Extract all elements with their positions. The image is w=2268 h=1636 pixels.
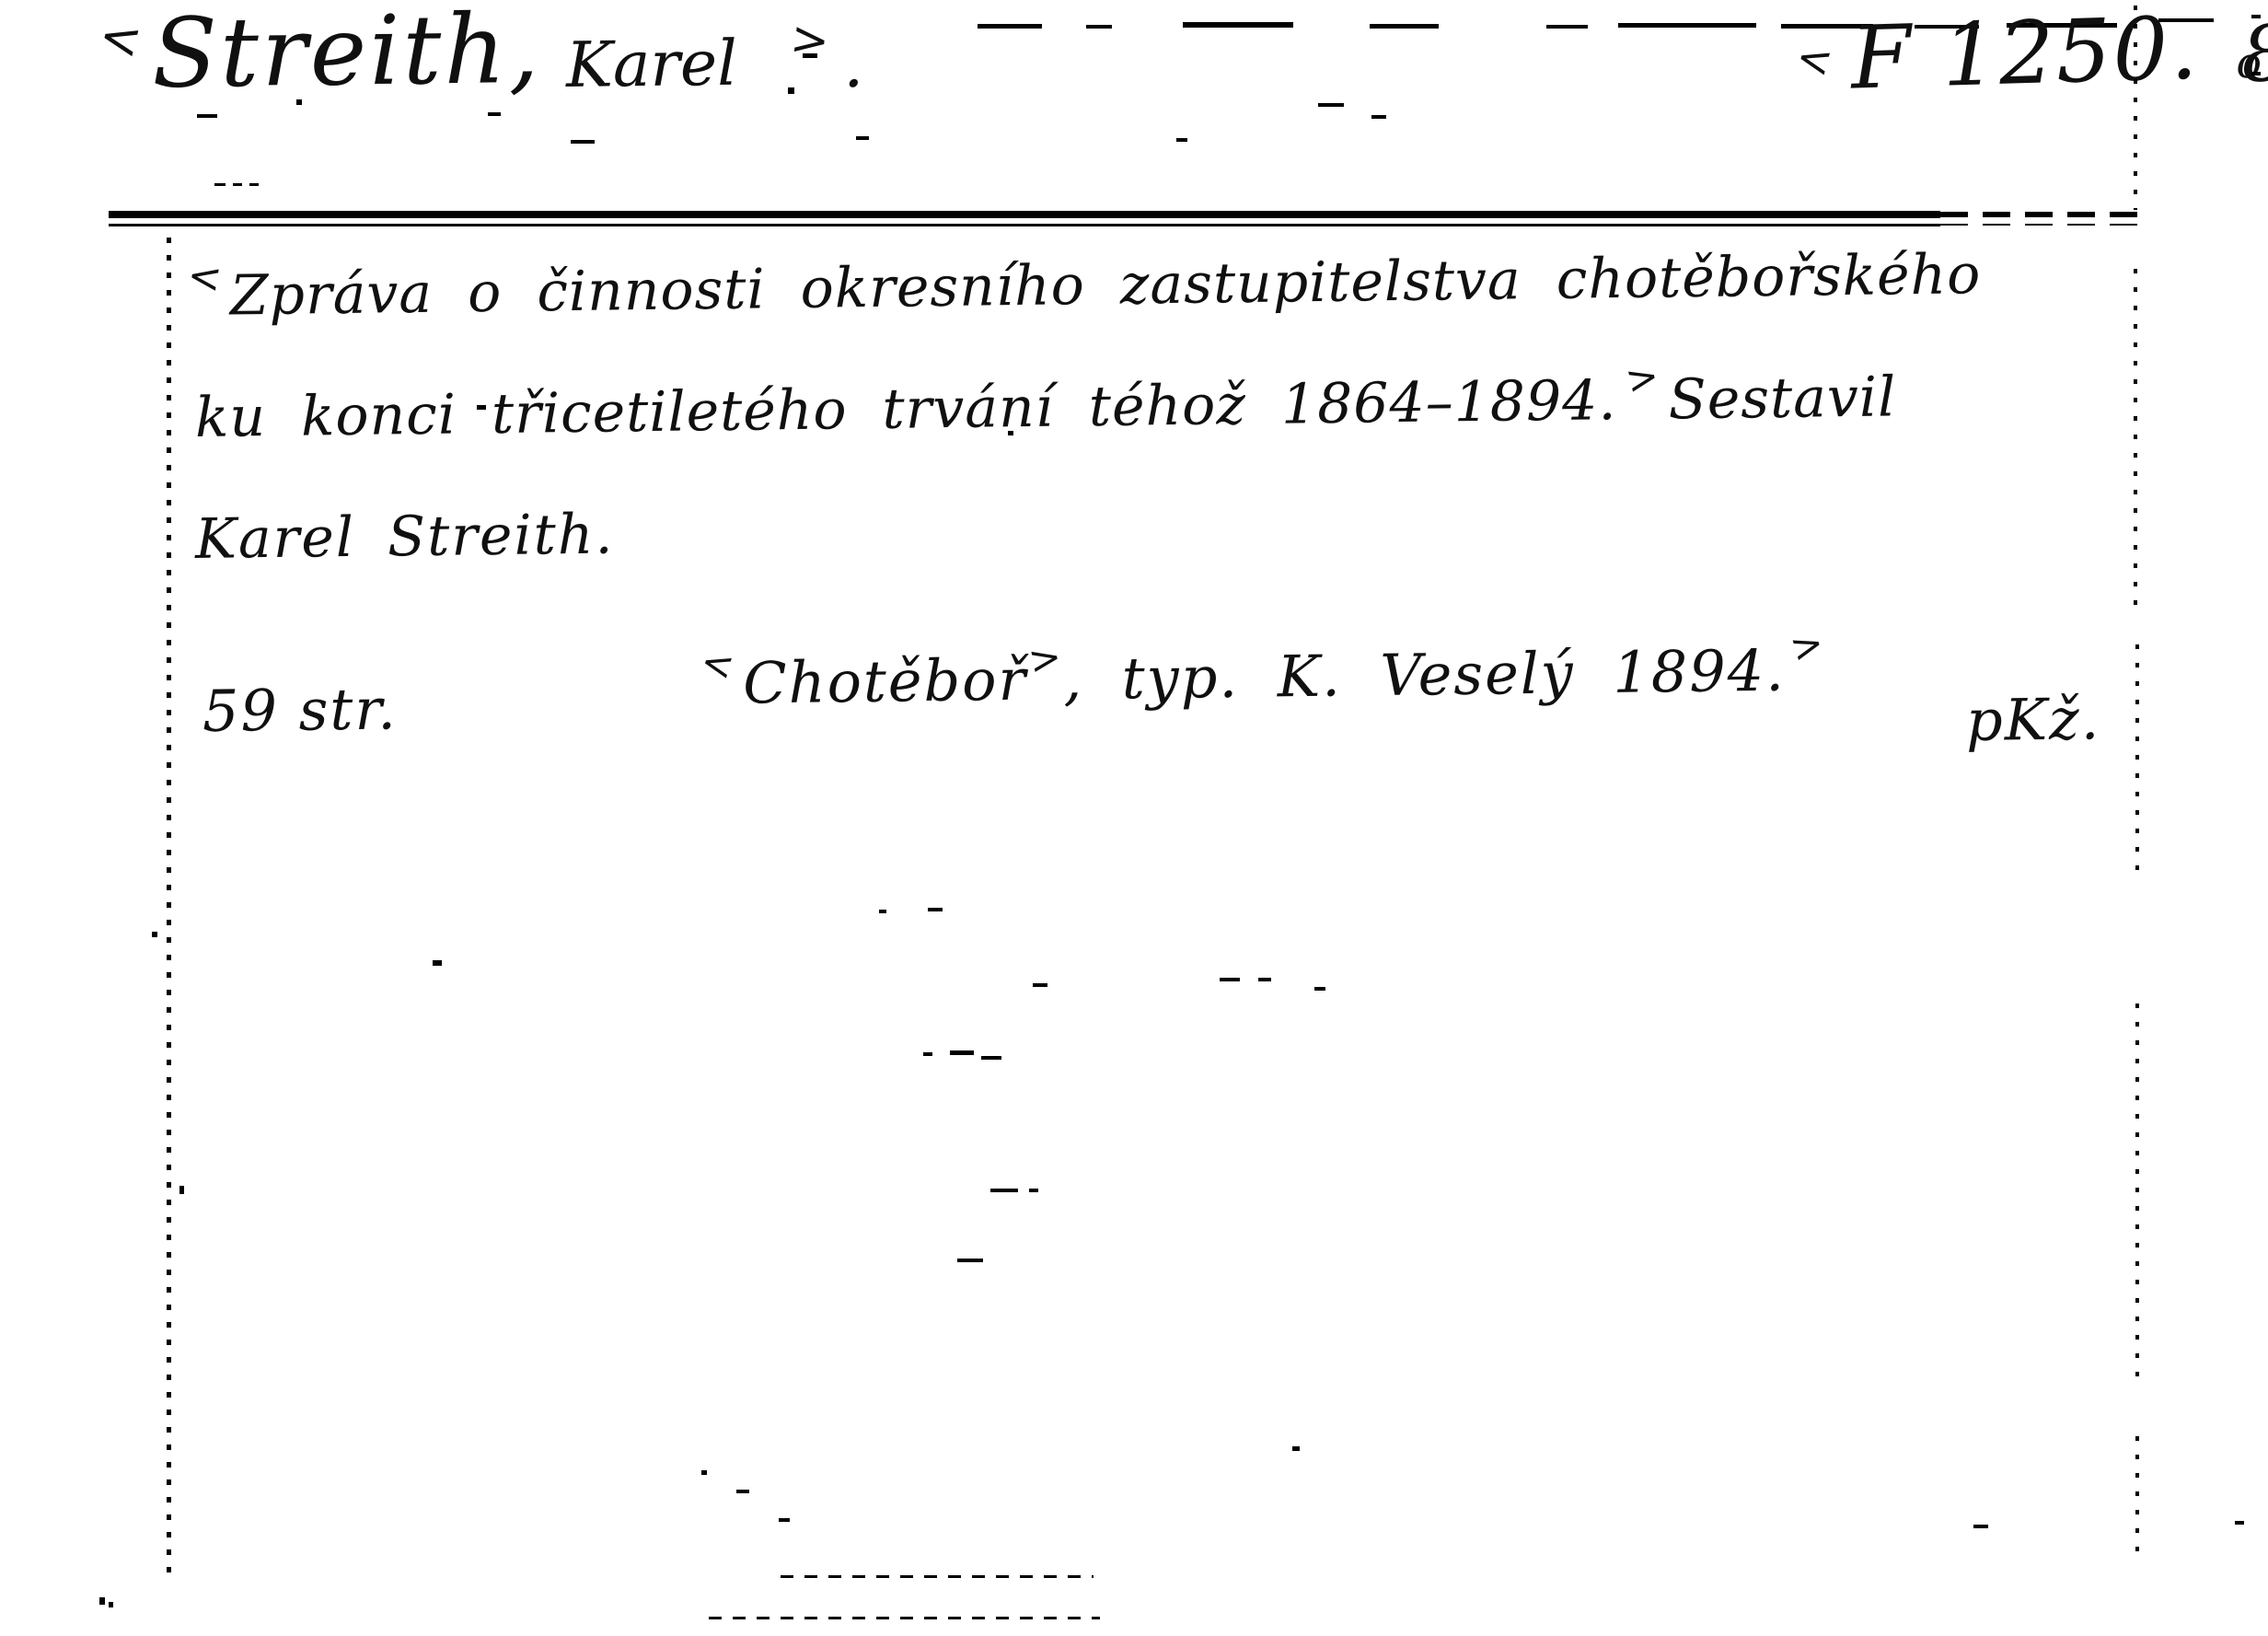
author-surname: Streith,: [152, 1, 543, 101]
title-line-3: Karel Streith.: [195, 506, 615, 567]
scan-noise: [571, 140, 595, 144]
top-border-fragment: [978, 24, 1042, 29]
heading-rule-top-extension: [1940, 212, 2150, 217]
scan-noise: [197, 114, 217, 118]
title-line-2: ku konci třicetiletého trvání téhož 1864…: [195, 369, 1897, 446]
imprint-place: Chotěboř: [743, 652, 1028, 713]
scan-noise: [109, 1602, 113, 1607]
scan-noise: [981, 1056, 1001, 1060]
heading-period: .: [843, 32, 864, 97]
annotation-caret-open: <: [94, 9, 146, 67]
right-dotted-border-segment: [2134, 6, 2137, 210]
scan-noise: [1033, 983, 1047, 987]
call-number-block: < F 1250. > 8 o: [1796, 8, 2268, 103]
right-dotted-border-segment: [2135, 1004, 2139, 1390]
title-text-3: Karel Streith.: [195, 502, 615, 572]
scan-noise: [923, 1052, 932, 1056]
author-given-name: Karel: [565, 33, 737, 98]
imprint-caret-open: <: [697, 642, 740, 688]
heading-rule-bottom: [109, 224, 1940, 226]
scan-noise: [1220, 978, 1240, 981]
title-text-1: Zpráva o činnosti okresního zastupitelst…: [229, 242, 1981, 328]
top-border-fragment: [1183, 22, 1293, 28]
title-text-2-tail: Sestavil: [1668, 365, 1896, 432]
scan-noise: [1176, 138, 1187, 142]
bottom-border-fragment: [709, 1617, 1100, 1619]
scan-noise: [99, 1597, 105, 1605]
scan-noise: [477, 405, 486, 410]
scan-noise: [179, 1186, 184, 1194]
scan-noise: [950, 1050, 974, 1055]
imprint-year-caret: >: [1786, 622, 1830, 669]
scan-noise: [879, 910, 886, 913]
pagination-statement: 59 str.: [202, 680, 399, 740]
scan-noise: [1973, 1525, 1988, 1528]
format-sub-mark: o: [2235, 41, 2262, 85]
scan-noise: [990, 1189, 1018, 1192]
scan-noise: [1029, 1189, 1038, 1192]
scan-noise: [296, 99, 302, 105]
scan-noise: [856, 136, 869, 140]
left-dotted-border: [167, 238, 171, 1582]
scan-noise: [803, 53, 817, 58]
scan-noise: [928, 908, 943, 911]
scan-noise: [433, 960, 442, 966]
heading-rule-bottom-extension: [1940, 224, 2150, 226]
scan-noise: [2251, 15, 2261, 18]
scan-noise: [233, 183, 242, 186]
imprint-statement: < Chotěboř > , typ. K. Veselý 1894. >: [701, 642, 1826, 713]
scan-noise: [779, 1518, 790, 1522]
scan-noise: [1371, 115, 1386, 119]
call-caret-open: <: [1792, 34, 1837, 84]
top-border-fragment: [1370, 24, 1439, 29]
title-caret-mid: >: [1622, 355, 1663, 400]
imprint-publisher-year: , typ. K. Veselý 1894.: [1063, 643, 1786, 709]
author-heading: < Streith, Karel > .: [99, 6, 864, 101]
imprint-caret-close: >: [1025, 636, 1066, 680]
scan-noise: [1258, 978, 1271, 981]
call-number: F 1250.: [1849, 6, 2200, 102]
scan-noise: [788, 87, 794, 94]
right-dotted-border-segment: [2135, 644, 2139, 884]
scan-noise: [488, 112, 501, 116]
scan-noise: [1314, 987, 1325, 991]
scan-noise: [1318, 103, 1344, 107]
right-dotted-border-segment: [2134, 269, 2137, 619]
top-border-fragment: [1546, 25, 1588, 29]
format-statement: > 8 o: [2240, 15, 2268, 94]
scan-noise: [2251, 72, 2261, 75]
scan-noise: [1292, 1446, 1300, 1451]
top-border-fragment: [1618, 23, 1756, 28]
top-border-fragment: [1086, 25, 1112, 29]
scan-noise: [736, 1490, 749, 1493]
title-caret-open: <: [184, 255, 225, 301]
scan-noise: [701, 1470, 707, 1475]
cataloguer-note: pKž.: [1966, 690, 2101, 749]
heading-rule-top: [109, 211, 1940, 218]
scan-noise: [249, 183, 259, 186]
catalog-card: < Streith, Karel > . < F 1250. > 8 o <Zp…: [0, 0, 2268, 1636]
scan-noise: [214, 183, 226, 186]
scan-noise: [957, 1259, 983, 1262]
scan-noise: [2235, 1521, 2244, 1525]
scan-noise: [152, 932, 157, 937]
right-dotted-border-segment: [2135, 1436, 2139, 1556]
scan-noise: [1008, 431, 1013, 435]
title-line-1: <Zpráva o činnosti okresního zastupitels…: [188, 247, 1982, 324]
bottom-border-fragment: [781, 1575, 1093, 1578]
title-text-2: ku konci třicetiletého trvání téhož 1864…: [195, 368, 1617, 450]
